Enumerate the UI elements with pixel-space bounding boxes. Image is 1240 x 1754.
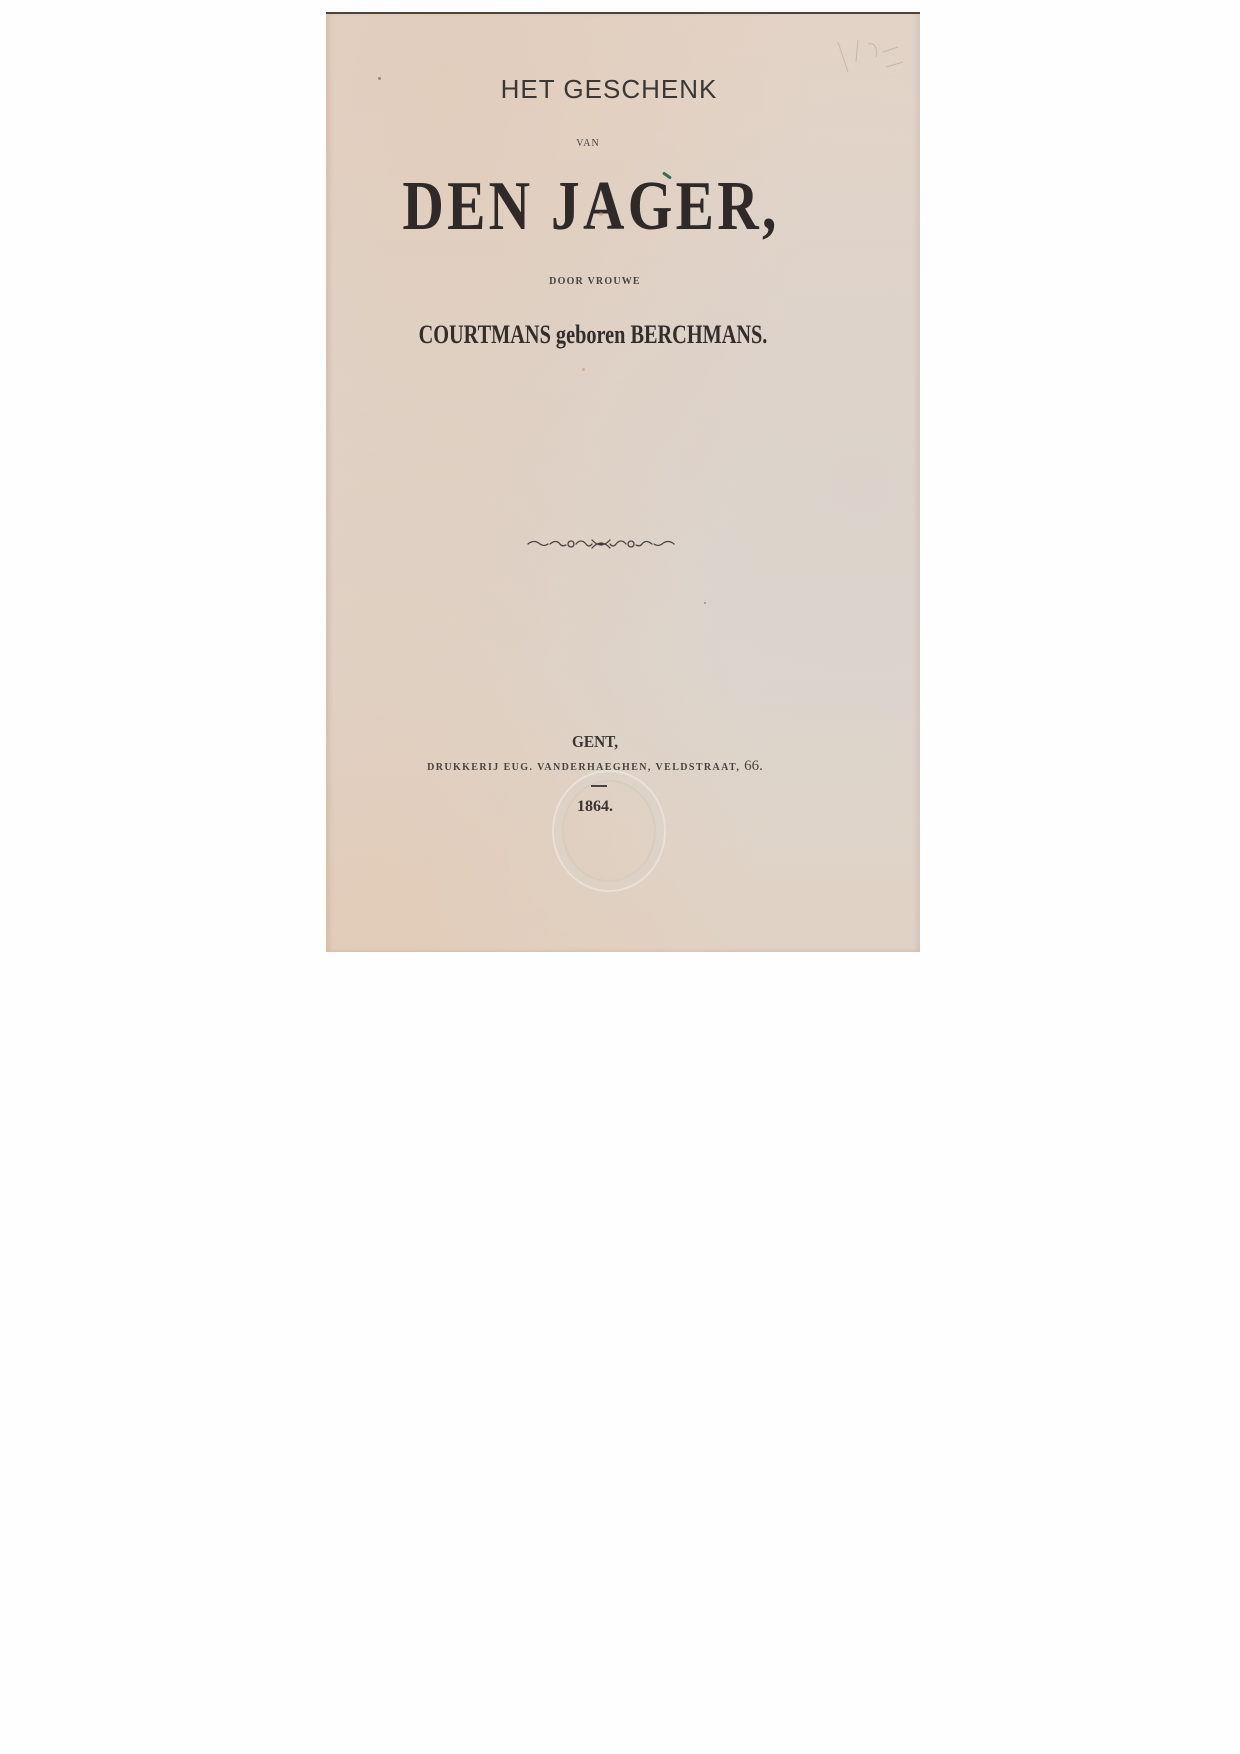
imprint-printer: DRUKKERIJ EUG. VANDERHAEGHEN, VELDSTRAAT… bbox=[298, 758, 892, 775]
main-title: DEN JAGER, bbox=[347, 172, 834, 242]
scanned-title-page: HET GESCHENK VAN DEN JAGER, DOOR VROUWE … bbox=[326, 12, 920, 952]
separator-rule bbox=[591, 785, 607, 787]
ornament-icon bbox=[526, 536, 676, 552]
paper-speck bbox=[582, 368, 585, 371]
imprint-year: 1864. bbox=[298, 798, 892, 816]
imprint-city: GENT, bbox=[328, 732, 863, 752]
title-top: HET GESCHENK bbox=[312, 74, 906, 105]
paper-speck bbox=[704, 602, 706, 604]
paper-speck bbox=[599, 212, 603, 216]
author-name: COURTMANS geboren BERCHMANS. bbox=[361, 320, 824, 350]
street-number: 66. bbox=[744, 758, 763, 774]
embossed-stamp bbox=[552, 770, 666, 892]
paper-speck bbox=[378, 77, 381, 80]
connector-word: VAN bbox=[291, 138, 885, 149]
byline-intro: DOOR VROUWE bbox=[298, 276, 892, 287]
printer-name: DRUKKERIJ EUG. VANDERHAEGHEN, VELDSTRAAT… bbox=[427, 762, 740, 773]
